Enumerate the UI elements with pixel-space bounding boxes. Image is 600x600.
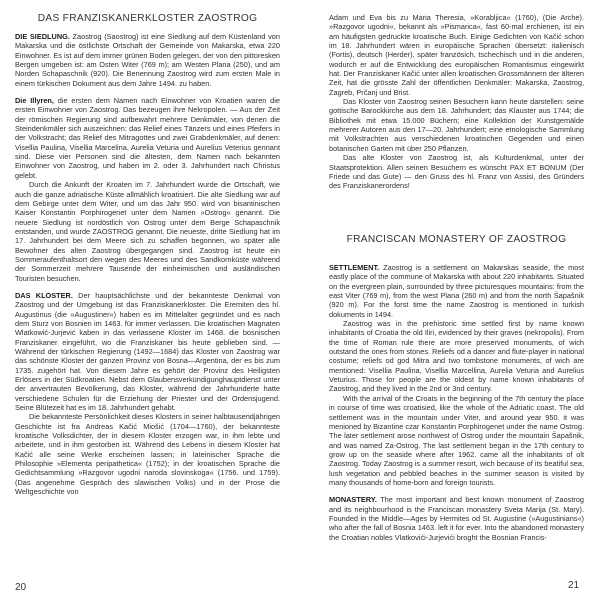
paragraph-kloster: DAS KLOSTER. Der hauptsächlichste und de… [15,291,280,412]
paragraph-lead: Die Illyren, [15,96,54,105]
paragraph-monastery: MONASTERY. The most important and best k… [329,495,584,542]
paragraph-continuation: Adam und Eva bis zu Maria Theresia, »Kor… [329,13,584,97]
page-number-right: 21 [568,580,579,591]
paragraph-lead: DIE SIEDLUNG. [15,32,70,41]
german-continuation: Adam und Eva bis zu Maria Theresia, »Kor… [329,13,584,191]
paragraph-settlement: SETTLEMENT. Zaostrog is a settlement on … [329,263,584,319]
paragraph-croats: With the arrival of the Croats in the be… [329,394,584,487]
left-page: DAS FRANZISKANERKLOSTER ZAOSTROG DIE SIE… [15,0,280,600]
german-title: DAS FRANZISKANERKLOSTER ZAOSTROG [15,13,280,24]
paragraph-kroaten: Durch die Ankunft der Kroaten im 7. Jahr… [15,180,280,283]
paragraph-siedlung: DIE SIEDLUNG. Zaostrog (Saostrog) ist ei… [15,32,280,88]
paragraph-prehistoric: Zaostrog was in the prehistoric time set… [329,319,584,394]
page-number-left: 20 [15,582,26,593]
english-title: FRANCISCAN MONASTERY OF ZAOSTROG [329,234,584,245]
paragraph-illyren: Die Illyren, die ersten dem Namen nach E… [15,96,280,180]
paragraph-kulturdenkmal: Das alte Kloster von Zaostrog ist, als K… [329,153,584,190]
paragraph-lead: SETTLEMENT. [329,263,379,272]
paragraph-besuchern: Das Kloster von Zaostrog seinen Besucher… [329,97,584,153]
right-page: Adam und Eva bis zu Maria Theresia, »Kor… [329,0,584,600]
english-section: SETTLEMENT. Zaostrog is a settlement on … [329,263,584,542]
paragraph-lead: MONASTERY. [329,495,377,504]
paragraph-lead: DAS KLOSTER. [15,291,73,300]
paragraph-kacic: Die bekannteste Persönlichkeit dieses Kl… [15,412,280,496]
